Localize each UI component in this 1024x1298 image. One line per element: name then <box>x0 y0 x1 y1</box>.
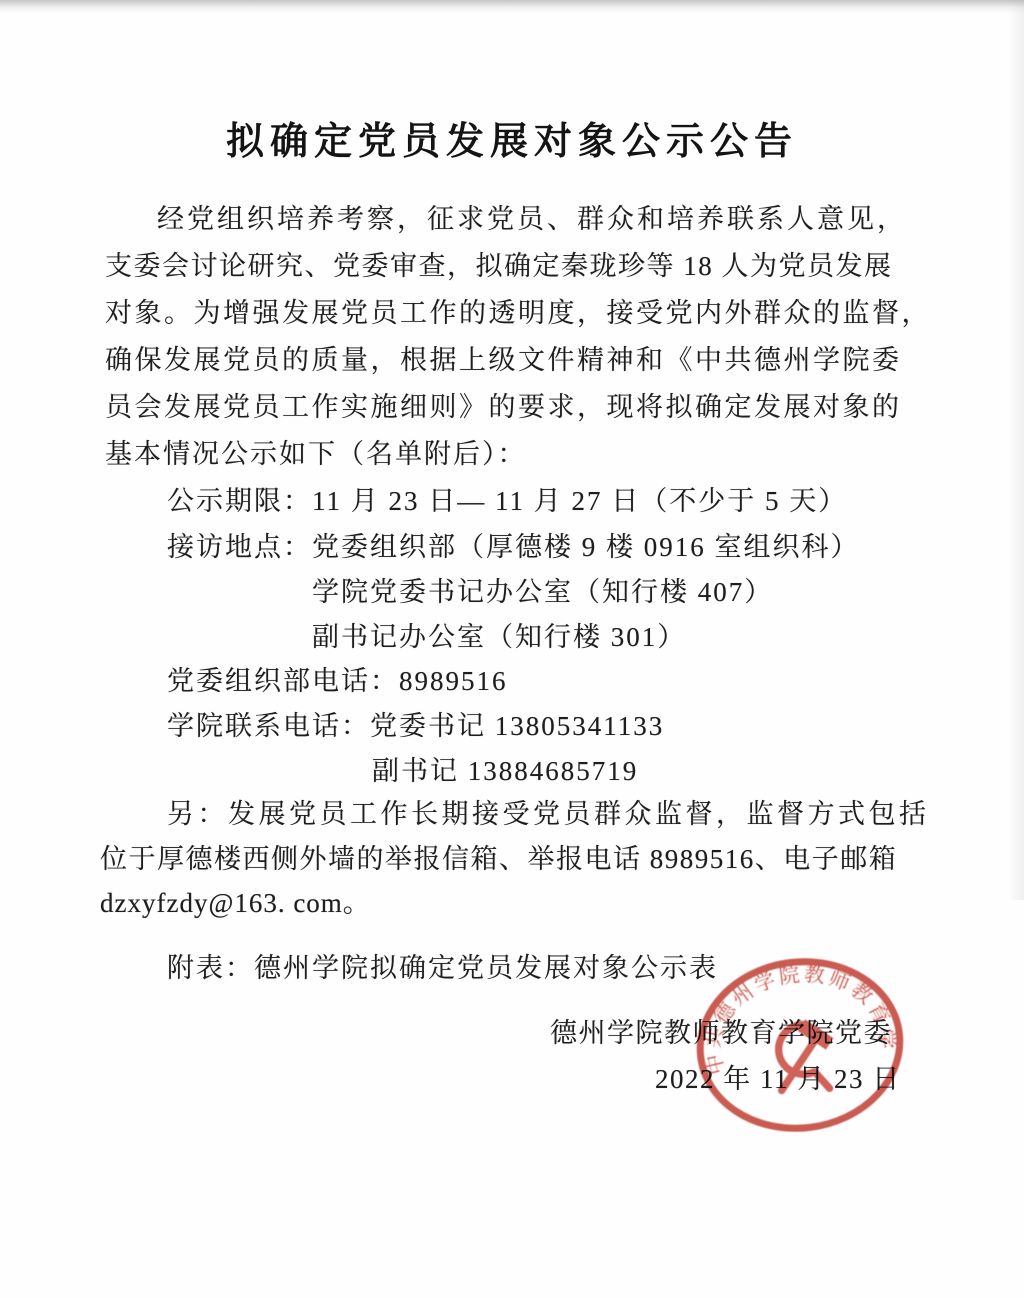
document-page: 拟确定党员发展对象公示公告 经党组织培养考察，征求党员、群众和培养联系人意见， … <box>0 0 1024 1298</box>
paragraph1-line-3: 对象。为增强发展党员工作的透明度，接受党内外群众的监督， <box>105 298 931 329</box>
seal-ring-text: 中共德州学院教师教育学院委员会 <box>692 952 901 1077</box>
paragraph1-line-6: 基本情况公示如下（名单附后）： <box>105 439 527 470</box>
hammer-sickle-icon <box>774 1022 835 1095</box>
document-title: 拟确定党员发展对象公示公告 <box>0 122 1024 164</box>
org-dept-phone-line: 党委组织部电话：8989516 <box>167 666 508 697</box>
svg-text:中共德州学院教师教育学院委员会: 中共德州学院教师教育学院委员会 <box>692 952 901 1077</box>
reception-location-line: 接访地点：党委组织部（厚德楼 9 楼 0916 室组织科） <box>167 532 860 563</box>
supervision-line-2: 位于厚德楼西侧外墙的举报信箱、举报电话 8989516、电子邮箱 <box>100 844 897 875</box>
supervision-email-line: dzxyfzdy@163. com。 <box>100 888 371 919</box>
supervision-line-1: 另：发展党员工作长期接受党员群众监督，监督方式包括 <box>167 799 930 830</box>
reception-location-line-2: 学院党委书记办公室（知行楼 407） <box>312 577 773 608</box>
publicity-period-line: 公示期限：11 月 23 日— 11 月 27 日（不少于 5 天） <box>167 486 847 517</box>
attachment-line: 附表：德州学院拟确定党员发展对象公示表 <box>167 953 718 984</box>
reception-location-line-3: 副书记办公室（知行楼 301） <box>312 622 686 653</box>
scan-artifact-top-edge <box>0 0 1024 14</box>
paragraph1-line-1: 经党组织培养考察，征求党员、群众和培养联系人意见， <box>157 204 907 235</box>
paragraph1-line-5: 员会发展党员工作实施细则》的要求，现将拟确定发展对象的 <box>105 392 902 423</box>
official-seal: 中共德州学院教师教育学院委员会 <box>688 950 912 1140</box>
paragraph1-line-2: 支委会讨论研究、党委审查，拟确定秦珑珍等 18 人为党员发展 <box>105 251 893 282</box>
paragraph1-line-4: 确保发展党员的质量，根据上级文件精神和《中共德州学院委 <box>105 345 902 376</box>
college-contact-phone-line: 学院联系电话：党委书记 13805341133 <box>167 711 664 742</box>
deputy-secretary-phone-line: 副书记 13884685719 <box>372 756 638 787</box>
